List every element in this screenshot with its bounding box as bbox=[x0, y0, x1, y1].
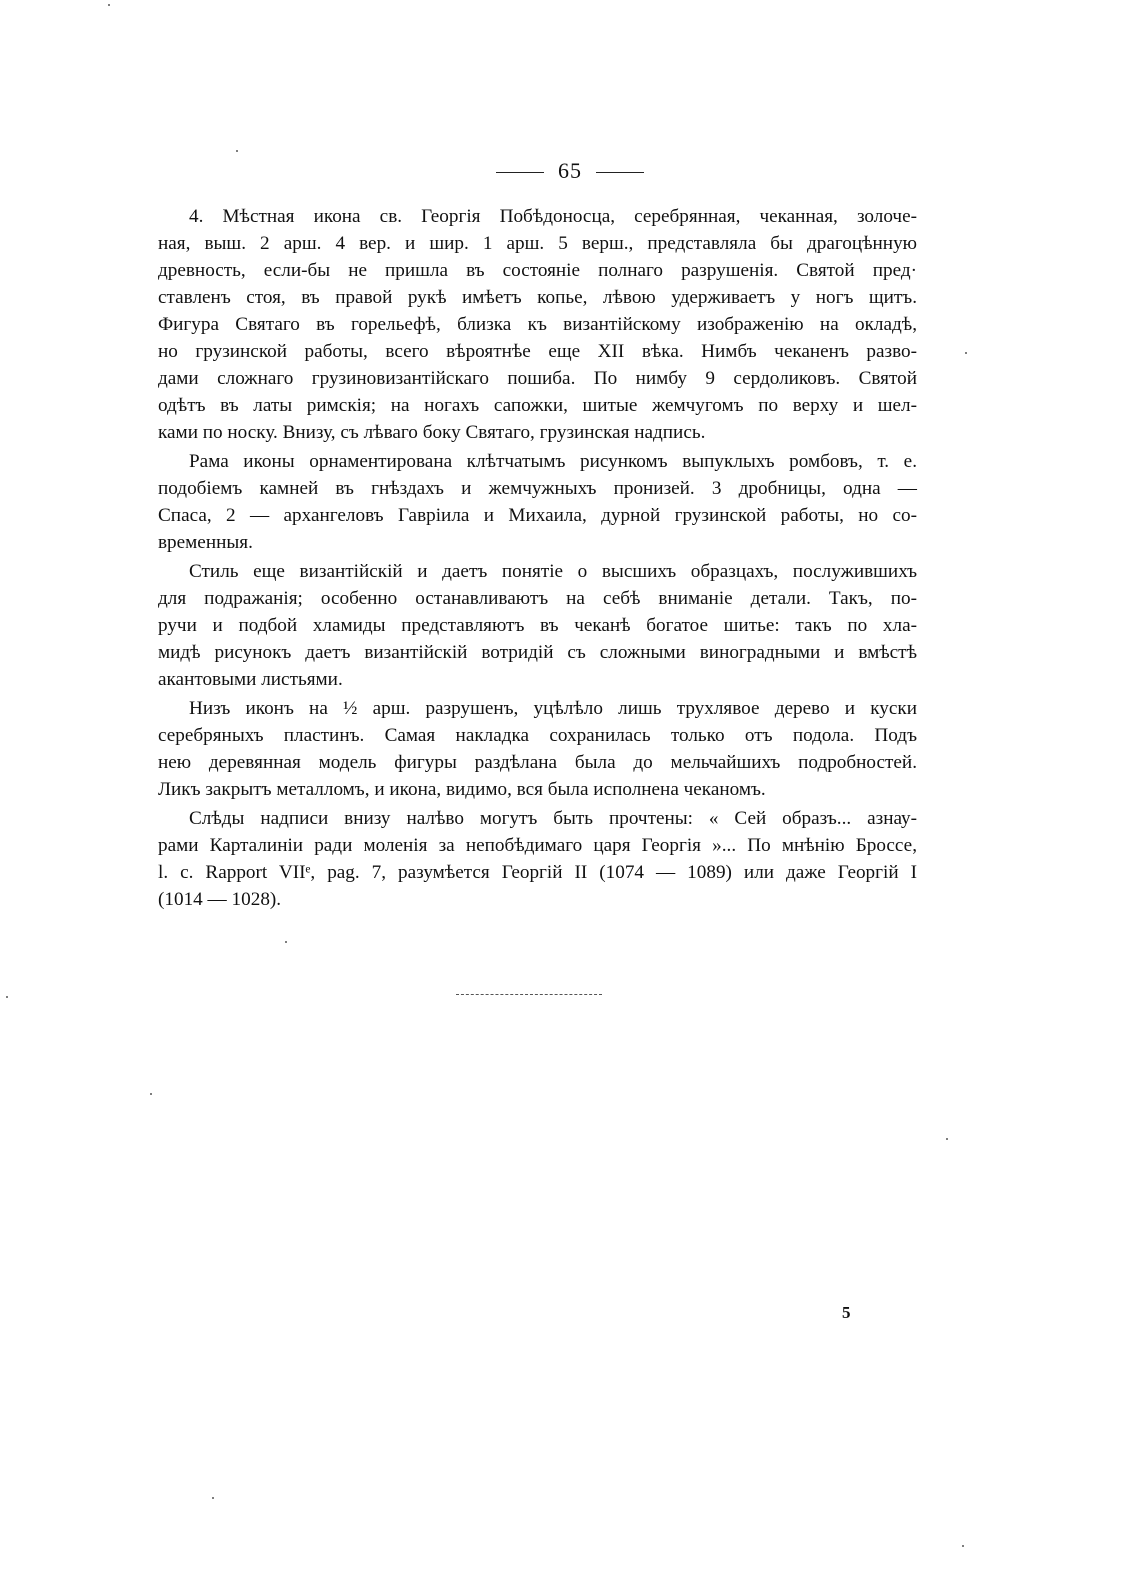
text-line: для подражанія; особенно останавливаютъ … bbox=[158, 585, 917, 612]
text-line: Слѣды надписи внизу налѣво могутъ быть п… bbox=[158, 805, 917, 832]
text-line: Фигура Святаго въ горельефѣ, близка къ в… bbox=[158, 311, 917, 338]
text-line: нею деревянная модель фигуры раздѣлана б… bbox=[158, 749, 917, 776]
section-separator bbox=[456, 994, 602, 995]
header-rule-right bbox=[596, 172, 644, 173]
text-line: серебряныхъ пластинъ. Самая накладка сох… bbox=[158, 722, 917, 749]
text-line: Низъ иконъ на ½ арш. разрушенъ, уцѣлѣло … bbox=[158, 695, 917, 722]
text-line: Рама иконы орнаментирована клѣтчатымъ ри… bbox=[158, 448, 917, 475]
text-line: l. c. Rapport VIIᵉ, pag. 7, разумѣется Г… bbox=[158, 859, 917, 886]
text-line: Стиль еще византійскій и даетъ понятіе о… bbox=[158, 558, 917, 585]
scan-speck bbox=[946, 1138, 948, 1140]
scan-speck bbox=[962, 1545, 964, 1547]
text-line: Ликъ закрытъ металломъ, и икона, видимо,… bbox=[158, 776, 917, 803]
text-line: ками по носку. Внизу, съ лѣваго боку Свя… bbox=[158, 419, 917, 446]
text-line: Спаса, 2 — архангеловъ Гавріила и Михаил… bbox=[158, 502, 917, 529]
text-line: древность, если-бы не пришла въ состояні… bbox=[158, 257, 917, 284]
scan-speck bbox=[212, 1497, 214, 1499]
text-line: 4. Мѣстная икона св. Георгія Побѣдоносца… bbox=[158, 203, 917, 230]
text-line: рами Карталиніи ради моленія за непобѣди… bbox=[158, 832, 917, 859]
signature-mark: 5 bbox=[842, 1303, 851, 1323]
page-header: 65 bbox=[0, 156, 1140, 186]
paragraph-damage: Низъ иконъ на ½ арш. разрушенъ, уцѣлѣло … bbox=[158, 695, 917, 803]
text-line: временныя. bbox=[158, 529, 917, 556]
text-line: дами сложнаго грузиновизантійскаго пошиб… bbox=[158, 365, 917, 392]
scan-speck bbox=[965, 352, 967, 354]
paragraph-inscription: Слѣды надписи внизу налѣво могутъ быть п… bbox=[158, 805, 917, 913]
header-rule-left bbox=[496, 172, 544, 173]
text-line: ная, выш. 2 арш. 4 вер. и шир. 1 арш. 5 … bbox=[158, 230, 917, 257]
page-number: 65 bbox=[558, 158, 582, 183]
text-line: (1014 — 1028). bbox=[158, 886, 917, 913]
text-line: подобіемъ камней въ гнѣздахъ и жемчужных… bbox=[158, 475, 917, 502]
paragraph-style: Стиль еще византійскій и даетъ понятіе о… bbox=[158, 558, 917, 693]
text-line: ручи и подбой хламиды представляютъ въ ч… bbox=[158, 612, 917, 639]
scan-speck bbox=[236, 150, 238, 152]
scan-speck bbox=[150, 1093, 152, 1095]
scan-speck bbox=[108, 4, 110, 6]
body-text: 4. Мѣстная икона св. Георгія Побѣдоносца… bbox=[158, 203, 917, 915]
scan-speck bbox=[6, 996, 8, 998]
text-line: но грузинской работы, всего вѣроятнѣе ещ… bbox=[158, 338, 917, 365]
text-line: мидѣ рисунокъ даетъ византійскій вотриді… bbox=[158, 639, 917, 666]
paragraph-frame: Рама иконы орнаментирована клѣтчатымъ ри… bbox=[158, 448, 917, 556]
text-line: ставленъ стоя, въ правой рукѣ имѣетъ коп… bbox=[158, 284, 917, 311]
paragraph-icon-description: 4. Мѣстная икона св. Георгія Побѣдоносца… bbox=[158, 203, 917, 446]
text-line: акантовыми листьями. bbox=[158, 666, 917, 693]
scan-speck bbox=[285, 941, 287, 943]
text-line: одѣтъ въ латы римскія; на ногахъ сапожки… bbox=[158, 392, 917, 419]
